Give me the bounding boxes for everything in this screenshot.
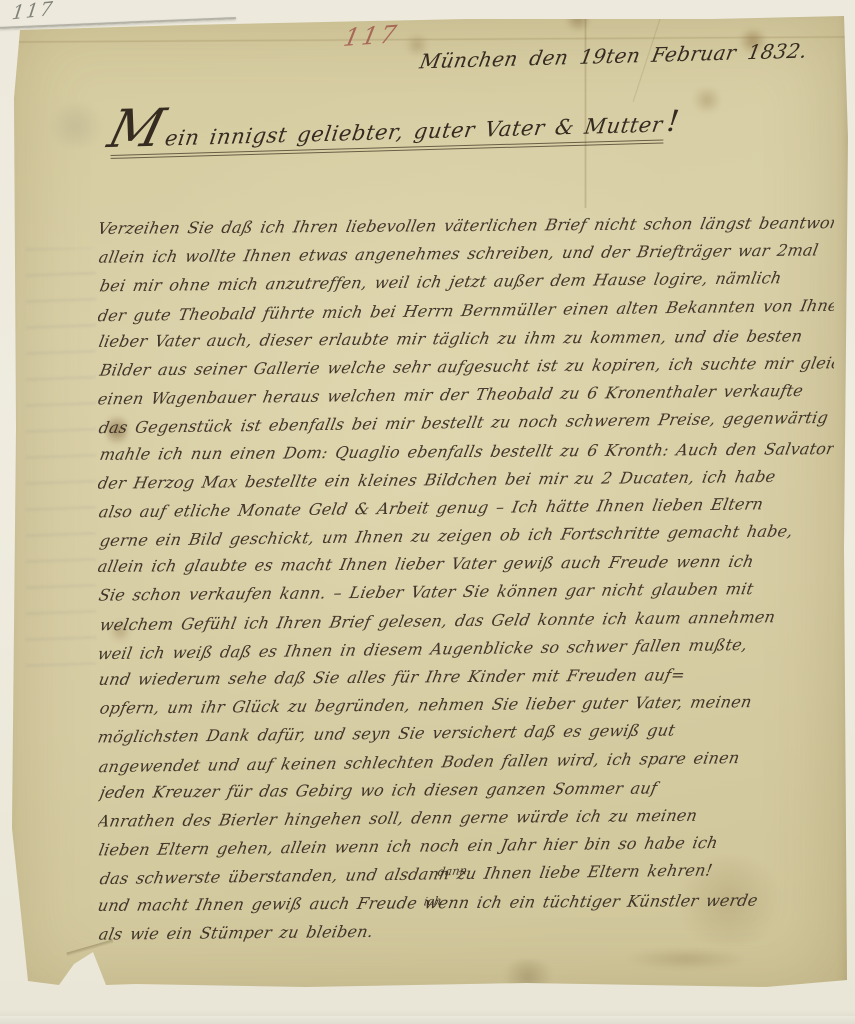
salutation-initial: M [110,128,163,129]
salutation-text: ein innigst geliebter, guter Vater & Mut… [164,112,665,150]
interlinear-insertion: dann [437,863,469,879]
scan-edge-shadow [0,1010,855,1024]
verso-show-through [26,248,96,668]
stain [626,948,746,970]
interlinear-insertion: ich [423,894,443,909]
page-number-red-pencil: 117 [341,20,402,52]
stain [690,88,724,112]
letter-sheet: 117 München den 19ten Februar 1832. Mein… [6,8,848,1002]
scanned-letter-page: 117 117 München den 19ten Februar 1832. … [0,0,855,1024]
salutation-exclamation: ! [665,104,681,140]
stain [46,104,106,148]
letter-body: Verzeihen Sie daß ich Ihren liebevollen … [98,216,834,949]
